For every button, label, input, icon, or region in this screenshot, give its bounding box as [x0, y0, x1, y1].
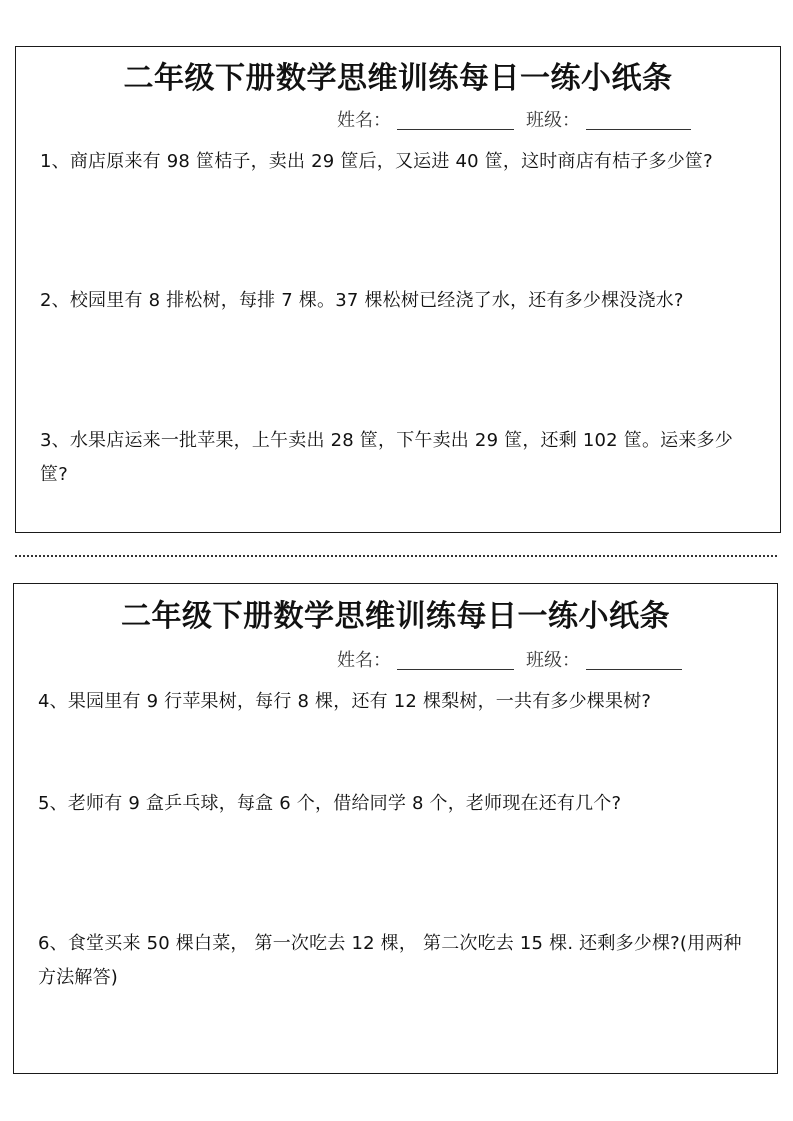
practice-slip-2: 二年级下册数学思维训练每日一练小纸条 姓名： 班级： 4、果园里有 9 行苹果树…	[13, 583, 778, 1074]
class-blank-field[interactable]	[586, 112, 691, 130]
dotted-cut-line	[15, 555, 777, 557]
question-5: 5、老师有 9 盒乒乓球，每盒 6 个，借给同学 8 个，老师现在还有几个?	[38, 787, 757, 821]
name-label: 姓名：	[337, 650, 391, 672]
question-1: 1、商店原来有 98 筐桔子，卖出 29 筐后，又运进 40 筐，这时商店有桔子…	[40, 145, 760, 179]
question-2: 2、校园里有 8 排松树，每排 7 棵。37 棵松树已经浇了水，还有多少棵没浇水…	[40, 284, 760, 318]
student-info-line: 姓名： 班级：	[337, 110, 691, 132]
class-blank-field[interactable]	[586, 652, 682, 670]
name-blank-field[interactable]	[397, 112, 514, 130]
worksheet-page: 二年级下册数学思维训练每日一练小纸条 姓名： 班级： 1、商店原来有 98 筐桔…	[0, 0, 793, 1121]
student-info-line: 姓名： 班级：	[337, 650, 682, 672]
name-blank-field[interactable]	[397, 652, 514, 670]
question-4: 4、果园里有 9 行苹果树，每行 8 棵，还有 12 棵梨树，一共有多少棵果树?	[38, 685, 757, 719]
question-6: 6、食堂买来 50 棵白菜， 第一次吃去 12 棵， 第二次吃去 15 棵. 还…	[38, 927, 757, 995]
slip-title: 二年级下册数学思维训练每日一练小纸条	[14, 599, 777, 635]
class-label: 班级：	[526, 650, 580, 672]
question-3: 3、水果店运来一批苹果，上午卖出 28 筐，下午卖出 29 筐，还剩 102 筐…	[40, 424, 760, 492]
class-label: 班级：	[526, 110, 580, 132]
practice-slip-1: 二年级下册数学思维训练每日一练小纸条 姓名： 班级： 1、商店原来有 98 筐桔…	[15, 46, 781, 533]
name-label: 姓名：	[337, 110, 391, 132]
slip-title: 二年级下册数学思维训练每日一练小纸条	[16, 61, 780, 97]
